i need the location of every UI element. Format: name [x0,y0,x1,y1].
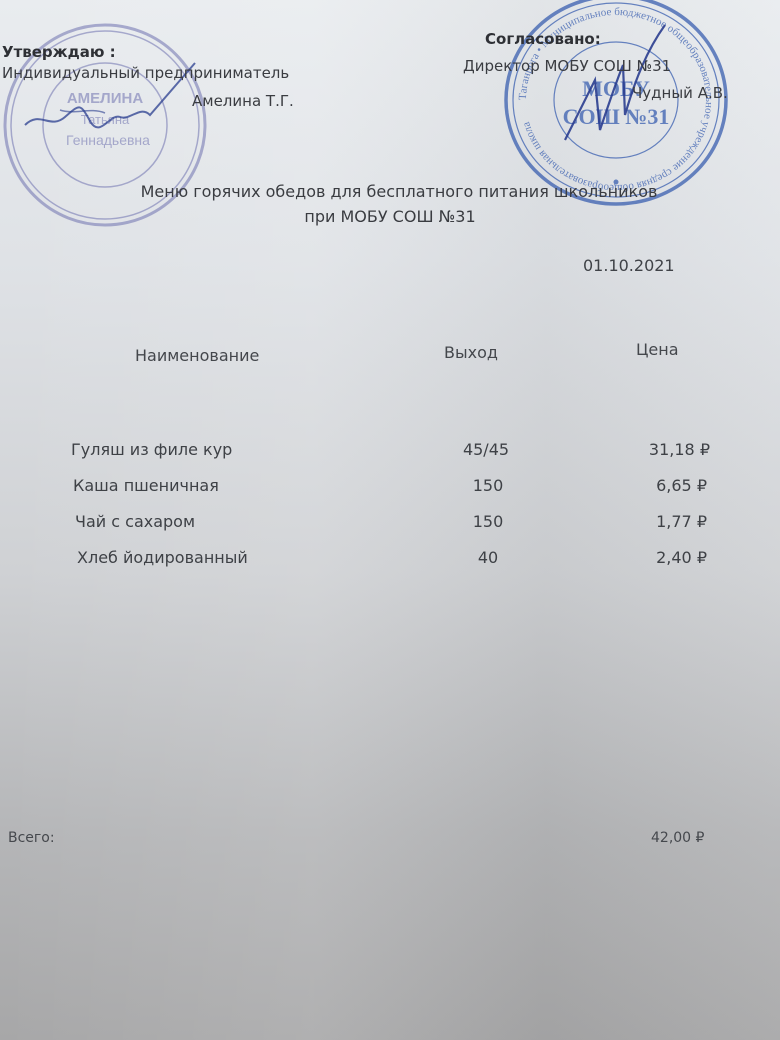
dish-name: Чай с сахаром [75,512,195,531]
dish-yield: 40 [448,548,528,567]
column-header-name: Наименование [135,346,259,365]
approver-name: Амелина Т.Г. [192,92,294,110]
column-header-price: Цена [636,340,679,359]
approval-heading: Утверждаю : [2,43,116,61]
svg-text:АМЕЛИНА: АМЕЛИНА [67,90,143,107]
dish-price: 31,18 ₽ [600,440,710,459]
approver-role: Индивидуальный предприниматель [2,64,289,82]
dish-price: 1,77 ₽ [597,512,707,531]
dish-yield: 150 [448,512,528,531]
agreement-heading: Согласовано: [485,30,601,48]
dish-name: Каша пшеничная [73,476,219,495]
dish-yield: 45/45 [446,440,526,459]
document-title: Меню горячих обедов для бесплатного пита… [0,182,780,226]
dish-price: 6,65 ₽ [597,476,707,495]
dish-name: Гуляш из филе кур [71,440,232,459]
svg-text:Геннадьевна: Геннадьевна [66,132,150,148]
total-value: 42,00 ₽ [651,830,704,846]
dish-name: Хлеб йодированный [77,548,248,567]
table-row: Гуляш из филе кур 45/45 31,18 ₽ [0,440,780,466]
dish-price: 2,40 ₽ [597,548,707,567]
total-label: Всего: [8,830,55,846]
agreement-role: Директор МОБУ СОШ №31 [463,57,671,75]
table-row: Хлеб йодированный 40 2,40 ₽ [0,548,780,574]
document-title-line-2: при МОБУ СОШ №31 [0,207,780,226]
svg-text:Татьяна: Татьяна [81,112,130,127]
agreement-name: Чудный А.В. [632,84,728,102]
table-row: Каша пшеничная 150 6,65 ₽ [0,476,780,502]
table-row: Чай с сахаром 150 1,77 ₽ [0,512,780,538]
svg-text:СОШ №31: СОШ №31 [563,104,670,129]
document-date: 01.10.2021 [583,256,675,275]
column-header-yield: Выход [444,343,498,362]
dish-yield: 150 [448,476,528,495]
document-title-line-1: Меню горячих обедов для бесплатного пита… [0,182,780,201]
